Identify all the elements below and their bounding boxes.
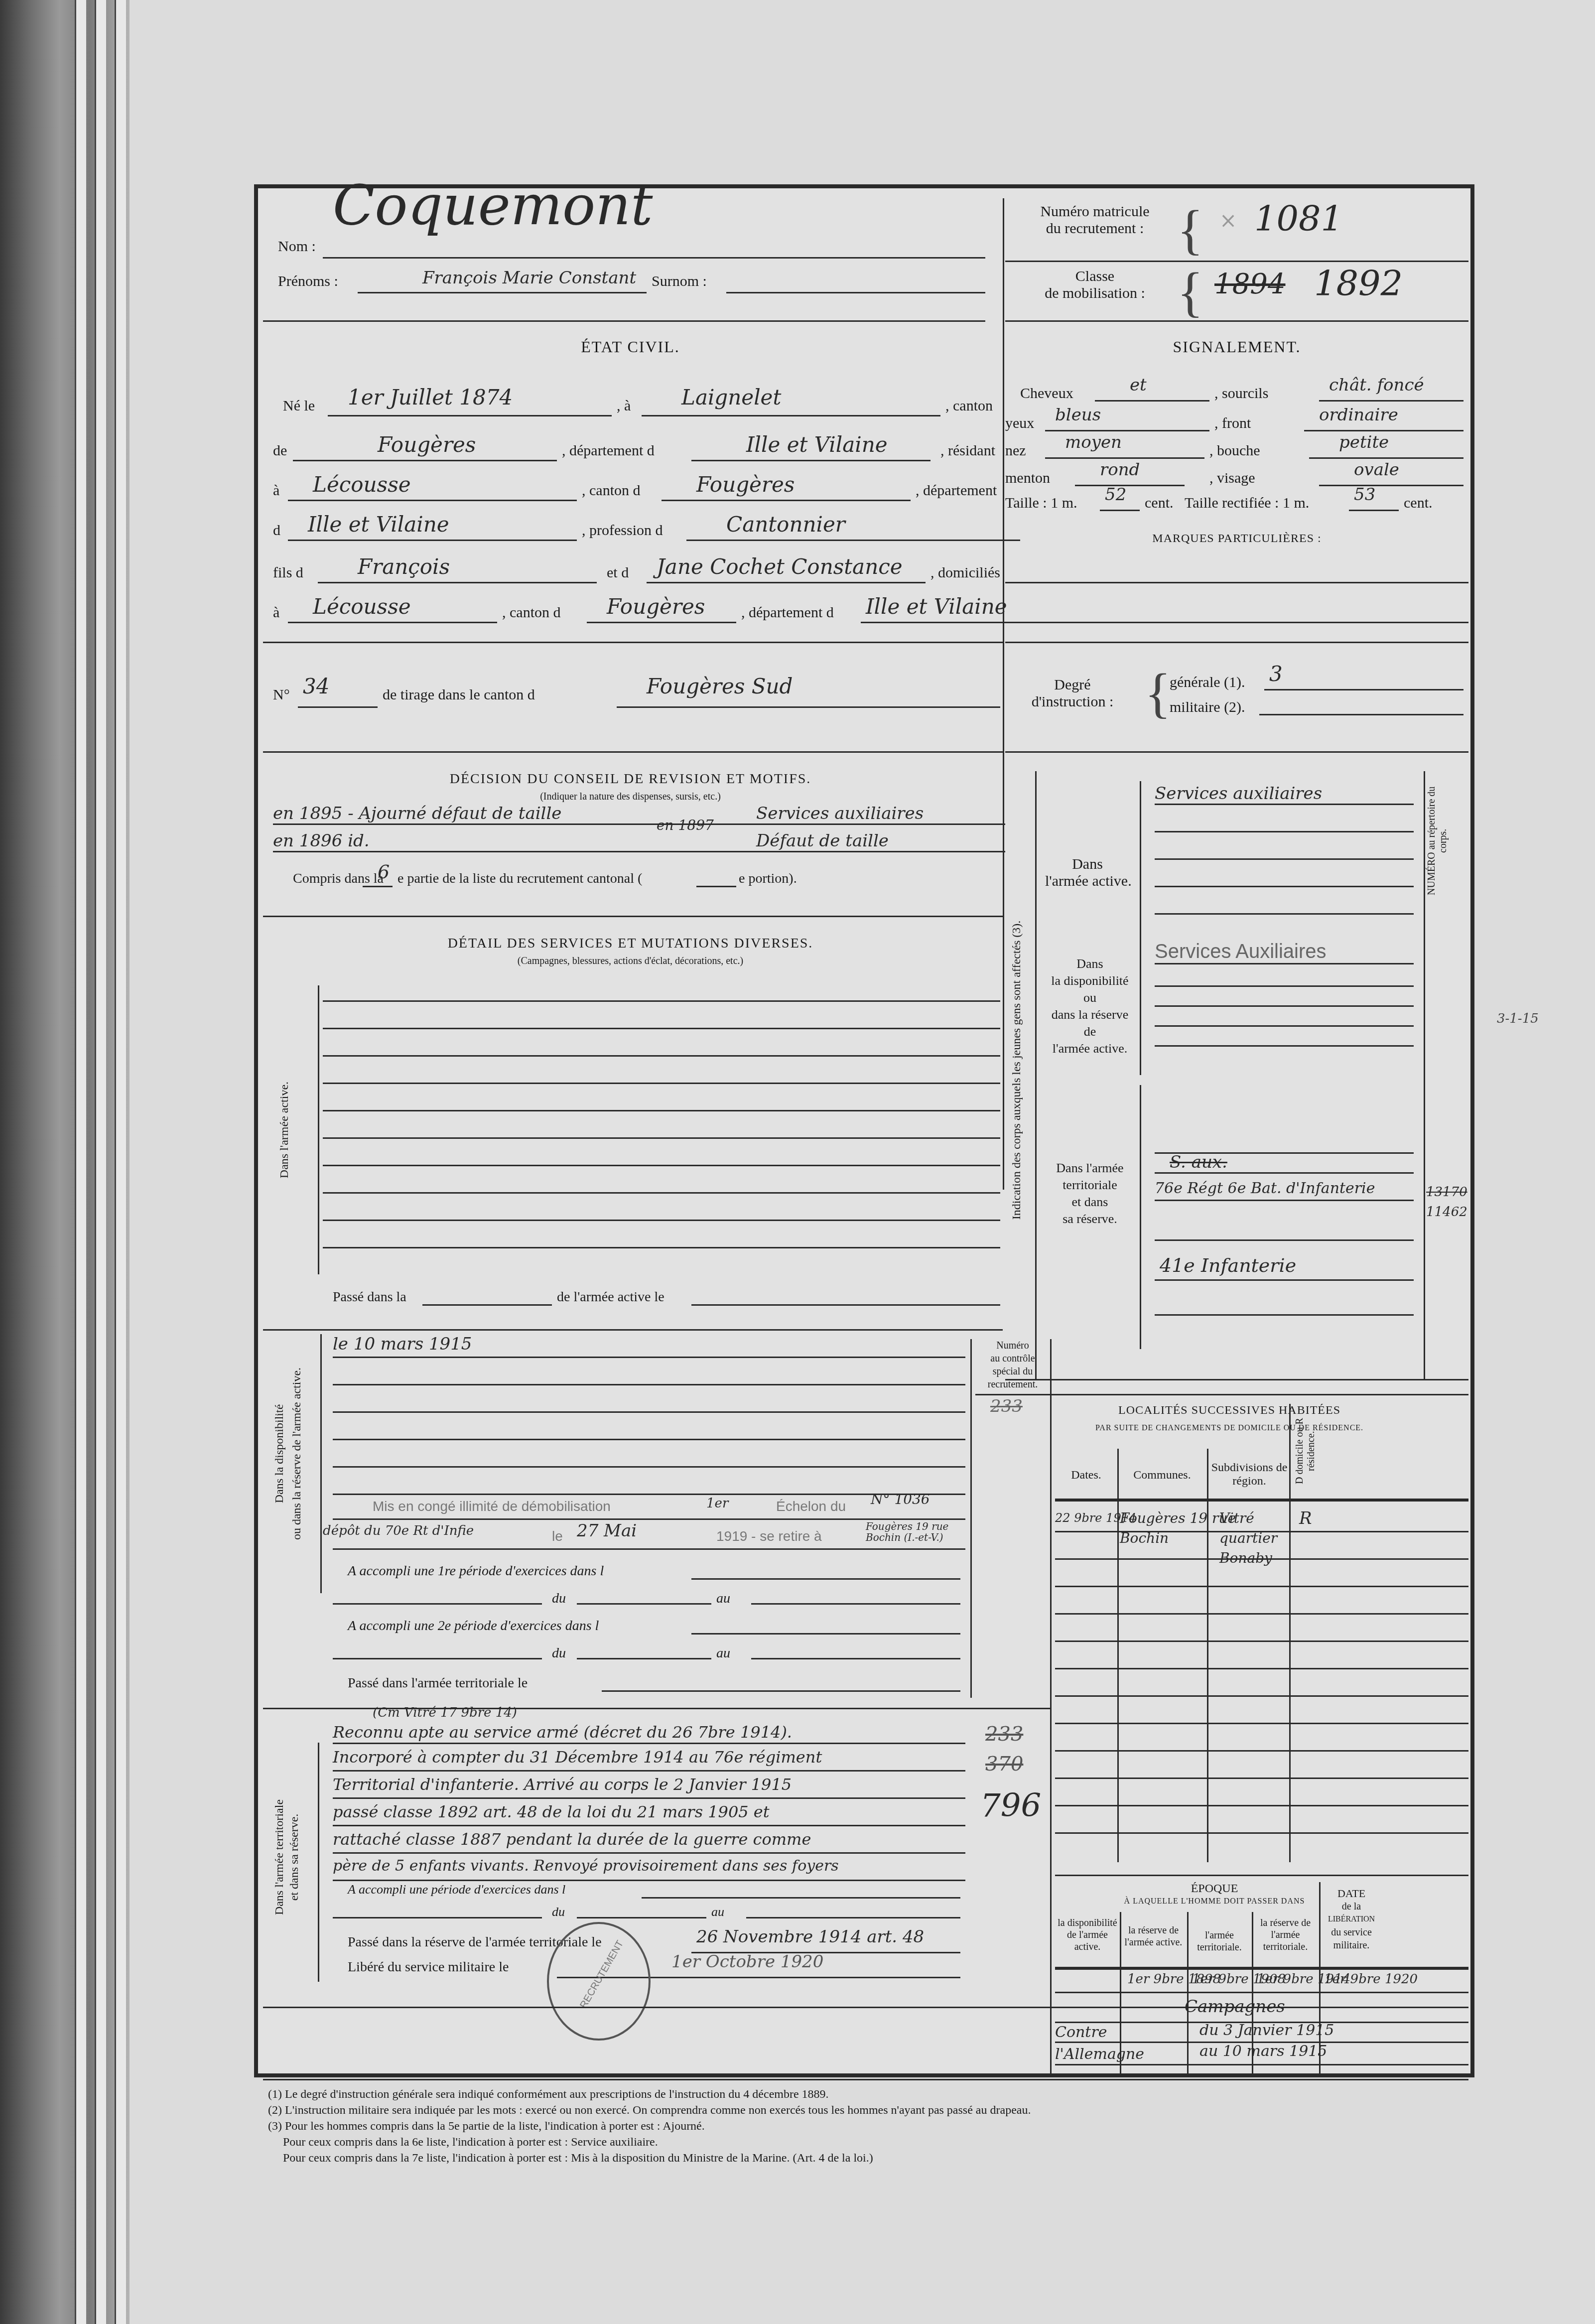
conseil-right-2: Défaut de taille [756, 831, 889, 851]
margin-date: 3-1-15 [1497, 1011, 1539, 1026]
tirage-canton-value: Fougères Sud [647, 674, 793, 698]
terr-num-struck-2: 370 [985, 1753, 1023, 1776]
footnote-2: (2) L'instruction militaire sera indiqué… [268, 2102, 1463, 2118]
epoque-col-3: l'armée territoriale. [1190, 1929, 1249, 1953]
bouche-value: petite [1339, 432, 1389, 452]
conseil-right-1: Services auxiliaires [756, 804, 924, 823]
campagne-right-1: du 3 Janvier 1915 [1199, 2022, 1334, 2039]
instruction-label: Degréd'instruction : [1010, 677, 1135, 710]
corps-vertical-label: Indication des corps auxquels les jeunes… [1010, 771, 1024, 1369]
periode-2-au: au [716, 1645, 730, 1661]
numero-controle-struck: 233 [990, 1396, 1023, 1416]
dispo-entry-1: le 10 mars 1915 [333, 1334, 472, 1354]
footnotes: (1) Le degré d'instruction générale sera… [268, 2086, 1463, 2166]
yeux-value: bleus [1055, 405, 1101, 425]
passe-terr-label: Passé dans l'armée territoriale le [348, 1675, 528, 1691]
demob-depot: dépôt du 70e Rt d'Infie [323, 1523, 474, 1538]
demob-echelon-value: 1er [706, 1496, 728, 1511]
visage-label: , visage [1209, 470, 1255, 487]
matricule-mark: × [1219, 208, 1237, 233]
sourcils-label: , sourcils [1214, 385, 1268, 402]
tirage-label: de tirage dans le canton d [383, 686, 535, 703]
terr-num-struck-1: 233 [985, 1723, 1023, 1746]
residant-a-label: à [273, 482, 279, 499]
epoque-value-liberation: 1er 9bre 1920 [1324, 1972, 1418, 1987]
conseil-title: DÉCISION DU CONSEIL DE REVISION ET MOTIF… [258, 771, 1003, 787]
corps-terr-num-struck: 13170 [1426, 1185, 1467, 1200]
parents-dept-value: Ille et Vilaine [866, 594, 1007, 619]
cheveux-label: Cheveux [1020, 385, 1073, 402]
terr-line-4: passé classe 1892 art. 48 de la loi du 2… [333, 1802, 770, 1821]
book-binding [0, 0, 130, 2324]
numero-repertoire-label: NUMÉRO au répertoire du corps. [1426, 786, 1466, 896]
corps-active-value: Services auxiliaires [1155, 784, 1322, 804]
epoque-col-1: la disponibilité de l'armée active. [1055, 1917, 1120, 1953]
loc-dr-1: R [1299, 1508, 1312, 1528]
terr-line-3: Territorial d'infanterie. Arrivé au corp… [333, 1775, 792, 1794]
ne-le-label: Né le [283, 398, 315, 414]
birthplace-value: Laignelet [681, 385, 781, 410]
taille-label: Taille : 1 m. [1005, 495, 1077, 512]
periode-1-label: A accompli une 1re période d'exercices d… [348, 1563, 604, 1579]
dispo-vertical-label-1: Dans la disponibilité [273, 1334, 286, 1573]
demob-date: 27 Mai [577, 1521, 637, 1541]
father-value: François [358, 554, 450, 579]
residant-label: , résidant [940, 442, 995, 459]
terr-annotation: (Cm Vitré 17 9bre 14) [373, 1705, 517, 1720]
epoque-col-2: la réserve de l'armée active. [1122, 1924, 1185, 1948]
demob-stamp-line-1: Mis en congé illimité de démobilisation [373, 1499, 611, 1514]
compris-suffix: e partie de la liste du recrutement cant… [398, 871, 642, 887]
parents-canton-value: Fougères [607, 594, 705, 619]
residence-canton-value: Fougères [696, 472, 795, 497]
terr-du: du [552, 1905, 565, 1919]
nom-value: Coquemont [333, 173, 653, 237]
recruitment-stamp: RECRUTEMENT [547, 1922, 651, 2041]
et-de-label: et d [607, 564, 629, 581]
numero-controle-label: Numéroau contrôlespécial durecrutement. [975, 1339, 1050, 1391]
front-label: , front [1214, 415, 1251, 432]
nez-value: moyen [1065, 432, 1122, 452]
terr-au: au [711, 1905, 724, 1919]
demob-echelon-no: N° 1036 [871, 1491, 930, 1507]
campagne-left: Contre l'Allemagne [1055, 2022, 1185, 2065]
corps-terr-value-2: 41e Infanterie [1160, 1254, 1296, 1276]
passe-label: Passé dans la [333, 1289, 406, 1305]
dom-a-label: à [273, 604, 279, 621]
demob-le: le [552, 1528, 563, 1544]
col-dates: Dates. [1055, 1469, 1117, 1482]
footnote-3c: Pour ceux compris dans la 7e liste, l'in… [268, 2150, 1463, 2166]
taille-value: 52 [1105, 485, 1126, 505]
terr-num-value: 796 [980, 1787, 1041, 1824]
demob-stamp-line-2: 1919 - se retire à [716, 1528, 822, 1544]
residence-dept-value: Ille et Vilaine [308, 512, 449, 537]
corps-terr-value-1: 76e Régt 6e Bat. d'Infanterie [1155, 1180, 1375, 1197]
page-edge [95, 0, 106, 2324]
etat-civil-title: ÉTAT CIVIL. [258, 338, 1003, 356]
classe-value: 1892 [1314, 263, 1403, 304]
ne-le-value: 1er Juillet 1874 [348, 385, 513, 410]
campagne-right-2: au 10 mars 1915 [1199, 2043, 1327, 2060]
terr-vertical-label-2: et dans sa réserve. [288, 1753, 301, 1962]
nom-label: Nom : [278, 238, 316, 255]
classe-struck: 1894 [1214, 268, 1286, 300]
demob-echelon-label: Échelon du [776, 1499, 846, 1514]
footnote-3: (3) Pour les hommes compris dans la 5e p… [268, 2118, 1463, 2134]
matricule-value: 1081 [1254, 198, 1343, 239]
footnote-3b: Pour ceux compris dans la 6e liste, l'in… [268, 2134, 1463, 2150]
departement2-label: , département [916, 482, 997, 499]
dom-canton-label: , canton d [502, 604, 560, 621]
localites-subtitle: PAR SUITE DE CHANGEMENTS DE DOMICILE OU … [1055, 1424, 1404, 1433]
corps-terr-struck: S. aux. [1170, 1152, 1227, 1172]
conseil-line-1: en 1895 - Ajourné défaut de taille [273, 804, 561, 823]
periode-1-du: du [552, 1591, 566, 1607]
prenoms-label: Prénoms : [278, 273, 338, 290]
periode-2-label: A accompli une 2e période d'exercices da… [348, 1618, 599, 1634]
cent-label: cent. [1145, 495, 1173, 512]
services-title: DÉTAIL DES SERVICES ET MUTATIONS DIVERSE… [258, 936, 1003, 952]
conseil-right-year: en 1897 [657, 817, 714, 833]
marques-label: MARQUES PARTICULIÈRES : [1005, 532, 1468, 546]
tirage-no-value: 34 [303, 674, 329, 698]
corps-terr-num: 11462 [1426, 1205, 1467, 1220]
mother-value: Jane Cochet Constance [657, 554, 903, 579]
yeux-label: yeux [1005, 415, 1034, 432]
front-value: ordinaire [1319, 405, 1398, 425]
services-subtitle: (Campagnes, blessures, actions d'éclat, … [258, 956, 1003, 967]
surnom-label: Surnom : [652, 273, 707, 290]
generale-label: générale (1). [1170, 674, 1245, 691]
cheveux-value: et [1130, 375, 1147, 395]
generale-value: 3 [1269, 662, 1283, 686]
compris-label: Compris dans la [293, 871, 384, 887]
demob-retire: Fougères 19 rue Bochin (I.-et-V.) [866, 1521, 975, 1543]
a-label: , à [617, 398, 631, 414]
de-label: de [273, 442, 287, 459]
departement-value: Ille et Vilaine [746, 432, 888, 457]
cent2-label: cent. [1404, 495, 1432, 512]
services-vertical-label: Dans l'armée active. [278, 1055, 291, 1205]
taille-rect-label: Taille rectifiée : 1 m. [1185, 495, 1309, 512]
localites-title: LOCALITÉS SUCCESSIVES HABITÉES [1055, 1404, 1404, 1417]
menton-value: rond [1100, 460, 1140, 480]
domicilies-label: , domiciliés [930, 564, 1000, 581]
corps-dispo-stamp: Services Auxiliaires [1155, 941, 1327, 963]
parents-residence-value: Lécousse [313, 594, 411, 619]
canton-label: , canton [945, 398, 993, 414]
terr-line-6: père de 5 enfants vivants. Renvoyé provi… [333, 1857, 839, 1875]
departement-label: , département d [562, 442, 655, 459]
militaire-label: militaire (2). [1170, 699, 1245, 716]
footnote-1: (1) Le degré d'instruction générale sera… [268, 2086, 1463, 2102]
dispo-vertical-label-2: ou dans la réserve de l'armée active. [290, 1334, 304, 1573]
col-subdivisions: Subdivisions de région. [1209, 1461, 1289, 1488]
visage-value: ovale [1354, 460, 1399, 480]
classe-label: Classede mobilisation : [1020, 268, 1170, 302]
conseil-line-2: en 1896 id. [273, 831, 370, 851]
corps-active-label: Dansl'armée active. [1045, 856, 1130, 890]
terr-vertical-label-1: Dans l'armée territoriale [273, 1753, 286, 1962]
signalement-title: SIGNALEMENT. [1005, 338, 1468, 356]
corps-dispo-label: Dansla disponibilitéoudans la réservedel… [1045, 956, 1135, 1057]
canton-value: Fougères [378, 432, 476, 457]
canton-d-label: , canton d [582, 482, 640, 499]
date-liberation-label: DATEde laLIBÉRATIONdu servicemilitaire. [1322, 1887, 1381, 1952]
terr-line-1: Reconnu apte au service armé (décret du … [333, 1723, 792, 1742]
bouche-label: , bouche [1209, 442, 1260, 459]
sourcils-value: chât. foncé [1329, 375, 1424, 395]
col-communes: Communes. [1120, 1469, 1204, 1482]
profession-value: Cantonnier [726, 512, 845, 537]
page-edge [115, 0, 126, 2324]
portion-suffix: e portion). [739, 871, 797, 887]
conseil-subtitle: (Indiquer la nature des dispenses, sursi… [258, 791, 1003, 803]
periode-2-du: du [552, 1645, 566, 1661]
nez-label: nez [1005, 442, 1026, 459]
matricule-label: Numéro matriculedu recrutement : [1020, 203, 1170, 237]
libere-label: Libéré du service militaire le [348, 1959, 509, 1975]
passe-reserve-value: 26 Novembre 1914 art. 48 [696, 1927, 924, 1947]
fils-label: fils d [273, 564, 303, 581]
d-label: d [273, 522, 280, 539]
tirage-no-label: N° [273, 686, 290, 703]
dom-dept-label: , département d [741, 604, 834, 621]
corps-terr-label: Dans l'arméeterritorialeet danssa réserv… [1045, 1160, 1135, 1228]
dr-label: D domicile ou R résidence. [1294, 1409, 1324, 1494]
passe-mid-label: de l'armée active le [557, 1289, 665, 1305]
taille-rect-value: 53 [1354, 485, 1375, 505]
terr-line-5: rattaché classe 1887 pendant la durée de… [333, 1830, 811, 1849]
prenoms-value: François Marie Constant [422, 268, 636, 288]
page-edge [75, 0, 86, 2324]
libere-value: 1er Octobre 1920 [671, 1952, 823, 1972]
campagnes-title: Campagnes [1185, 1997, 1285, 2017]
menton-label: menton [1005, 470, 1050, 487]
residence-value: Lécousse [313, 472, 411, 497]
matricule-form: Nom : Coquemont Prénoms : François Marie… [254, 184, 1474, 2077]
profession-label: , profession d [582, 522, 663, 539]
compris-value: 6 [378, 861, 390, 883]
terr-line-2: Incorporé à compter du 31 Décembre 1914 … [333, 1748, 822, 1767]
epoque-col-4: la réserve de l'armée territoriale. [1254, 1917, 1317, 1953]
periode-1-au: au [716, 1591, 730, 1607]
terr-periode-label: A accompli une période d'exercices dans … [348, 1882, 565, 1897]
